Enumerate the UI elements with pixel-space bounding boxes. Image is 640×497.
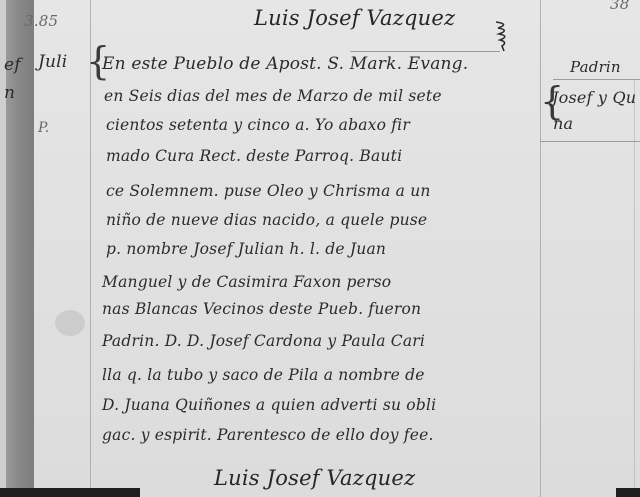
entry-line-7: p. nombre Josef Julian h. l. de Juan (106, 242, 386, 258)
entry-line-5: ce Solemnem. puse Oleo y Chrisma a un (106, 184, 431, 200)
left-margin-name: Juli (38, 52, 67, 72)
right-edge-rule (634, 80, 635, 497)
right-margin-names-1: Josef y Qu (552, 88, 636, 107)
bottom-signature: Luis Josef Vazquez (214, 466, 415, 490)
entry-line-8: Manguel y de Casimira Faxon perso (102, 275, 391, 291)
left-margin-partial-n: n (4, 83, 15, 103)
left-margin-partial-ef: ef (4, 55, 21, 75)
paper-stain (55, 310, 85, 336)
left-margin-name-text: Juli (38, 52, 67, 72)
entry-line-2: en Seis dias del mes de Marzo de mil set… (104, 89, 442, 105)
right-margin-heading-rule (553, 79, 640, 80)
left-margin-mark: P. (38, 120, 49, 136)
entry-line-9: nas Blancas Vecinos deste Pueb. fueron (102, 302, 421, 318)
right-margin-names-2: na (553, 114, 573, 133)
entry-line-6: niño de nueve dias nacido, a quele puse (106, 213, 427, 229)
right-margin-heading: Padrin (570, 58, 621, 76)
signature-flourish-icon (492, 18, 514, 52)
scan-edge-bar-right (616, 488, 640, 497)
entry-line-13: gac. y espirit. Parentesco de ello doy f… (102, 428, 434, 444)
entry-line-11: lla q. la tubo y saco de Pila a nombre d… (102, 368, 425, 384)
entry-line-3: cientos setenta y cinco a. Yo abaxo fir (106, 118, 410, 134)
right-margin-rule (540, 0, 541, 497)
top-signature: Luis Josef Vazquez (254, 6, 455, 30)
right-margin-divider (540, 141, 640, 142)
entry-line-10: Padrin. D. D. Josef Cardona y Paula Cari (102, 334, 425, 350)
page-number-left: 3.85 (24, 12, 58, 30)
entry-line-12: D. Juana Quiñones a quien adverti su obl… (102, 398, 436, 414)
scan-edge-bar-left (0, 488, 140, 497)
entry-line-1: En este Pueblo de Apost. S. Mark. Evang. (102, 56, 468, 73)
page-number-right: 38 (610, 0, 630, 13)
entry-line-4: mado Cura Rect. deste Parroq. Bauti (106, 149, 402, 165)
header-underline (350, 51, 500, 52)
document-page: 3.85 38 Luis Josef Vazquez ef Juli n P. … (0, 0, 640, 497)
